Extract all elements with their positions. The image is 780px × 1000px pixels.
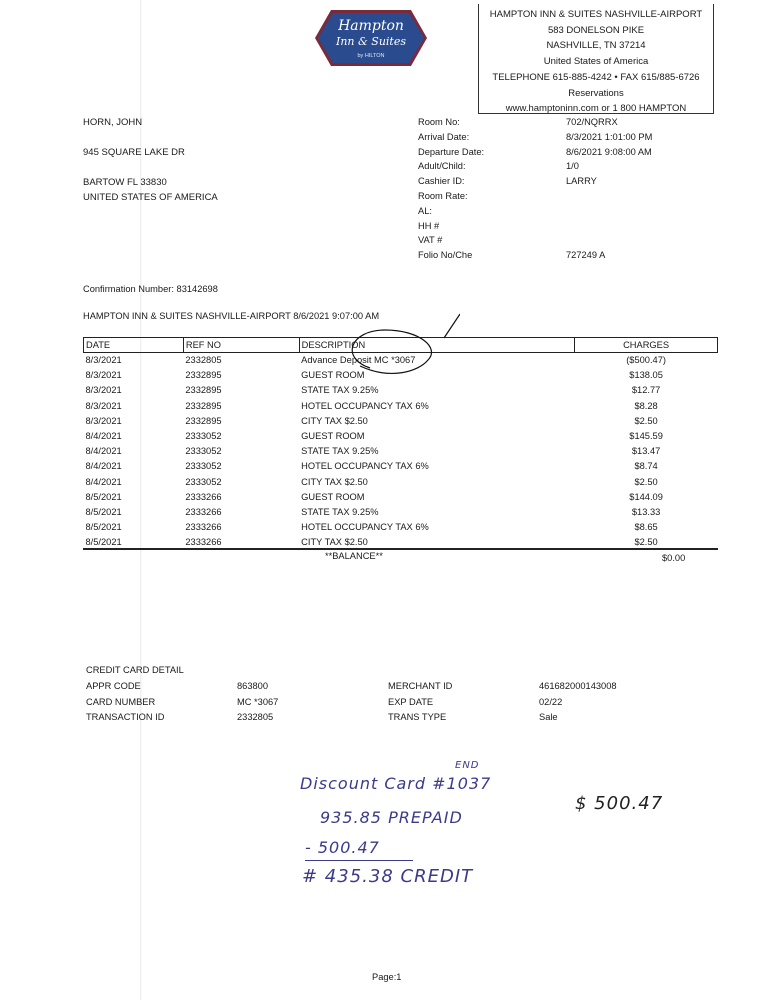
table-row: 8/4/20212333052CITY TAX $2.50$2.50: [84, 475, 718, 490]
stay-value: [566, 219, 652, 234]
col-charges: CHARGES: [575, 338, 718, 353]
cc-left-label: TRANSACTION ID: [86, 710, 165, 726]
hotel-street: 583 DONELSON PIKE: [479, 23, 713, 39]
row-date: 8/4/2021: [84, 459, 184, 474]
stay-value: 702/NQRRX: [566, 115, 652, 130]
handwritten-underline: [305, 860, 413, 861]
stay-label: Folio No/Che: [418, 248, 484, 263]
stay-value: LARRY: [566, 174, 652, 189]
stay-label: Cashier ID:: [418, 174, 484, 189]
handwritten-credit: # 435.38 CREDIT: [302, 866, 473, 887]
row-description: HOTEL OCCUPANCY TAX 6%: [299, 520, 575, 535]
hotel-country: United States of America: [479, 54, 713, 70]
table-row: 8/5/20212333266STATE TAX 9.25%$13.33: [84, 505, 718, 520]
stay-label: VAT #: [418, 233, 484, 248]
row-charge: $8.65: [575, 520, 718, 535]
row-description: CITY TAX $2.50: [299, 414, 575, 429]
row-date: 8/5/2021: [84, 505, 184, 520]
row-ref: 2333052: [183, 444, 299, 459]
row-date: 8/3/2021: [84, 414, 184, 429]
guest-street: 945 SQUARE LAKE DR: [83, 145, 218, 160]
handwritten-side-amount: $ 500.47: [575, 793, 663, 814]
stay-values: 702/NQRRX8/3/2021 1:01:00 PM8/6/2021 9:0…: [566, 115, 652, 263]
cc-left-labels: APPR CODECARD NUMBERTRANSACTION ID: [86, 679, 165, 726]
hotel-city: NASHVILLE, TN 37214: [479, 38, 713, 54]
stay-labels: Room No:Arrival Date:Departure Date:Adul…: [418, 115, 484, 263]
guest-address: HORN, JOHN 945 SQUARE LAKE DR BARTOW FL …: [83, 115, 218, 205]
stay-label: HH #: [418, 219, 484, 234]
hotel-address-box: HAMPTON INN & SUITES NASHVILLE-AIRPORT 5…: [478, 4, 714, 114]
row-ref: 2332895: [183, 399, 299, 414]
row-date: 8/4/2021: [84, 429, 184, 444]
row-ref: 2332805: [183, 353, 299, 369]
row-description: STATE TAX 9.25%: [299, 505, 575, 520]
logo-line3: by HILTON: [358, 53, 385, 59]
cc-left-label: CARD NUMBER: [86, 695, 165, 711]
stay-value: 1/0: [566, 159, 652, 174]
stay-label: Room No:: [418, 115, 484, 130]
hotel-phone-fax: TELEPHONE 615-885-4242 • FAX 615/885-672…: [479, 70, 713, 86]
row-ref: 2332895: [183, 414, 299, 429]
row-charge: $13.33: [575, 505, 718, 520]
row-description: CITY TAX $2.50: [299, 475, 575, 490]
guest-city: BARTOW FL 33830: [83, 175, 218, 190]
stay-value: [566, 233, 652, 248]
row-ref: 2333266: [183, 520, 299, 535]
handwritten-prepaid: 935.85 PREPAID: [320, 808, 463, 827]
row-charge: $2.50: [575, 475, 718, 490]
cc-right-label: TRANS TYPE: [388, 710, 452, 726]
hand-circle-annotation: [330, 308, 460, 388]
row-charge: $2.50: [575, 414, 718, 429]
table-row: 8/5/20212333266GUEST ROOM$144.09: [84, 490, 718, 505]
row-description: HOTEL OCCUPANCY TAX 6%: [299, 399, 575, 414]
row-date: 8/5/2021: [84, 520, 184, 535]
table-row: 8/5/20212333266HOTEL OCCUPANCY TAX 6%$8.…: [84, 520, 718, 535]
row-date: 8/3/2021: [84, 383, 184, 398]
balance-label: **BALANCE**: [325, 551, 383, 561]
cc-left-values: 863800MC *30672332805: [237, 679, 278, 726]
row-ref: 2333266: [183, 490, 299, 505]
row-ref: 2332895: [183, 383, 299, 398]
table-row: 8/3/20212332895HOTEL OCCUPANCY TAX 6%$8.…: [84, 399, 718, 414]
balance-value: $0.00: [662, 553, 685, 563]
stay-label: Departure Date:: [418, 145, 484, 160]
stay-value: [566, 189, 652, 204]
cc-right-value: Sale: [539, 710, 617, 726]
row-date: 8/3/2021: [84, 399, 184, 414]
row-date: 8/4/2021: [84, 444, 184, 459]
hotel-reservations: Reservations: [479, 86, 713, 102]
row-description: GUEST ROOM: [299, 490, 575, 505]
guest-name: HORN, JOHN: [83, 115, 218, 130]
cc-left-value: 863800: [237, 679, 278, 695]
hotel-name: HAMPTON INN & SUITES NASHVILLE-AIRPORT: [479, 7, 713, 23]
handwritten-discount-card: Discount Card #1037: [300, 774, 491, 793]
row-charge: ($500.47): [575, 353, 718, 369]
page-number: Page:1: [372, 972, 401, 982]
row-description: GUEST ROOM: [299, 429, 575, 444]
table-row: 8/3/20212332895CITY TAX $2.50$2.50: [84, 414, 718, 429]
row-charge: $145.59: [575, 429, 718, 444]
row-charge: $138.05: [575, 368, 718, 383]
row-date: 8/3/2021: [84, 353, 184, 369]
guest-country: UNITED STATES OF AMERICA: [83, 190, 218, 205]
cc-right-labels: MERCHANT IDEXP DATETRANS TYPE: [388, 679, 452, 726]
row-date: 8/4/2021: [84, 475, 184, 490]
hampton-logo: Hampton Inn & Suites by HILTON: [313, 8, 429, 68]
stay-label: Arrival Date:: [418, 130, 484, 145]
handwritten-end: END: [455, 760, 480, 771]
row-description: HOTEL OCCUPANCY TAX 6%: [299, 459, 575, 474]
logo-line1: Hampton: [337, 18, 404, 34]
cc-left-label: APPR CODE: [86, 679, 165, 695]
row-ref: 2333266: [183, 505, 299, 520]
stay-label: Adult/Child:: [418, 159, 484, 174]
confirmation-number: Confirmation Number: 83142698: [83, 284, 218, 294]
row-ref: 2333052: [183, 459, 299, 474]
row-charge: $13.47: [575, 444, 718, 459]
cc-left-value: MC *3067: [237, 695, 278, 711]
row-ref: 2333052: [183, 475, 299, 490]
cc-right-value: 02/22: [539, 695, 617, 711]
credit-card-title-block: CREDIT CARD DETAIL: [86, 663, 184, 679]
table-bottom-rule: [83, 548, 718, 550]
cc-left-value: 2332805: [237, 710, 278, 726]
table-row: 8/4/20212333052STATE TAX 9.25%$13.47: [84, 444, 718, 459]
row-ref: 2332895: [183, 368, 299, 383]
cc-right-value: 461682000143008: [539, 679, 617, 695]
logo-line2: Inn & Suites: [335, 35, 406, 48]
row-charge: $8.28: [575, 399, 718, 414]
row-charge: $8.74: [575, 459, 718, 474]
row-ref: 2333052: [183, 429, 299, 444]
table-row: 8/4/20212333052GUEST ROOM$145.59: [84, 429, 718, 444]
row-charge: $12.77: [575, 383, 718, 398]
row-description: STATE TAX 9.25%: [299, 444, 575, 459]
row-charge: $144.09: [575, 490, 718, 505]
col-date: DATE: [84, 338, 184, 353]
cc-right-values: 46168200014300802/22Sale: [539, 679, 617, 726]
cc-right-label: EXP DATE: [388, 695, 452, 711]
handwritten-subtract: - 500.47: [305, 838, 380, 857]
col-ref: REF NO: [183, 338, 299, 353]
stay-value: 8/6/2021 9:08:00 AM: [566, 145, 652, 160]
stay-value: [566, 204, 652, 219]
row-date: 8/5/2021: [84, 490, 184, 505]
cc-right-label: MERCHANT ID: [388, 679, 452, 695]
stay-label: AL:: [418, 204, 484, 219]
stay-value: 8/3/2021 1:01:00 PM: [566, 130, 652, 145]
row-date: 8/3/2021: [84, 368, 184, 383]
credit-card-title: CREDIT CARD DETAIL: [86, 663, 184, 679]
stay-label: Room Rate:: [418, 189, 484, 204]
stay-value: 727249 A: [566, 248, 652, 263]
table-row: 8/4/20212333052HOTEL OCCUPANCY TAX 6%$8.…: [84, 459, 718, 474]
